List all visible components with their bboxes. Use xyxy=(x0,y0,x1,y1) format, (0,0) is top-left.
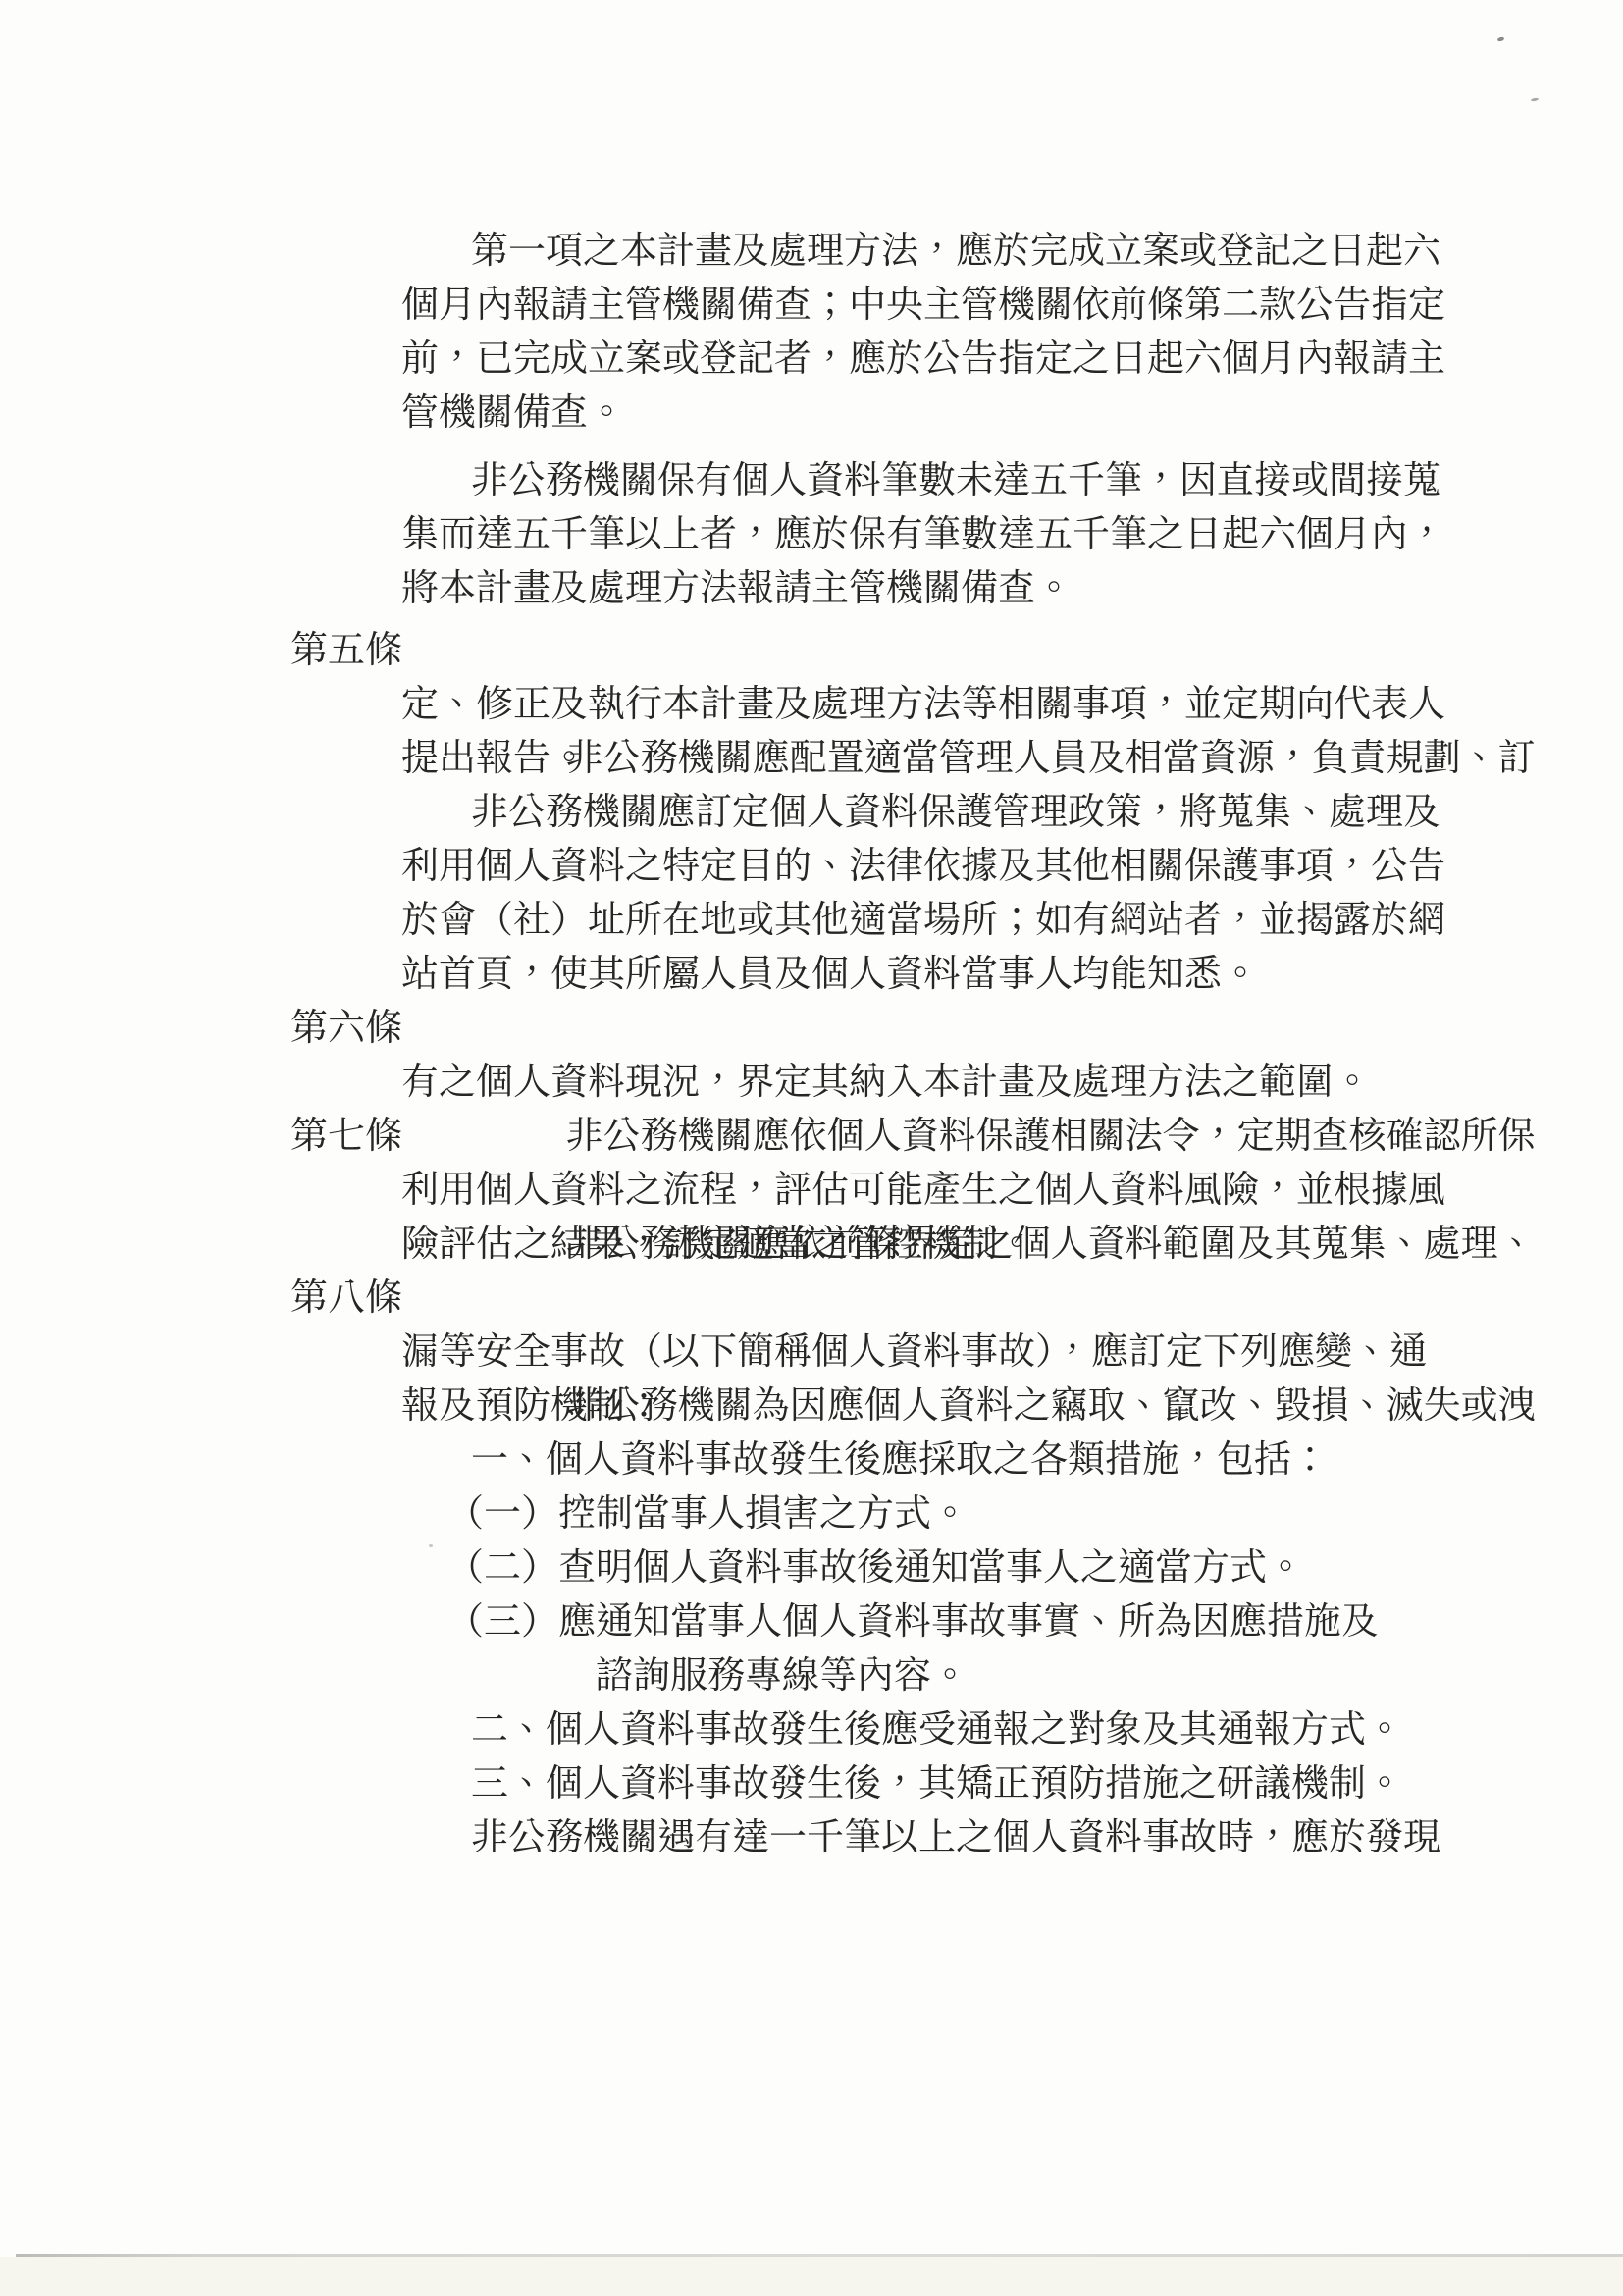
article-7: 第七條 非公務機關應依前條界定之個人資料範圍及其蒐集、處理、 利用個人資料之流程… xyxy=(0,1109,1623,1271)
list-item-1: 一、個人資料事故發生後應採取之各類措施，包括： xyxy=(0,1433,1623,1487)
article-first-line: 第五條 非公務機關應配置適當管理人員及相當資源，負責規劃、訂 xyxy=(0,623,1623,677)
list-item-line: 諮詢服務專線等內容。 xyxy=(0,1648,1623,1702)
article-number: 第六條 xyxy=(290,1001,402,1055)
list-item-line: （一）控制當事人損害之方式。 xyxy=(0,1487,1623,1540)
article-number: 第八條 xyxy=(290,1271,402,1325)
text-line: 提出報告。 xyxy=(0,731,1623,785)
text-line: 個月內報請主管機關備查；中央主管機關依前條第二款公告指定 xyxy=(0,278,1623,332)
text-line: 將本計畫及處理方法報請主管機關備查。 xyxy=(0,561,1623,615)
text-line: 漏等安全事故（以下簡稱個人資料事故），應訂定下列應變、通 xyxy=(0,1325,1623,1379)
paragraph-continuation: 第一項之本計畫及處理方法，應於完成立案或登記之日起六 個月內報請主管機關備查；中… xyxy=(0,224,1623,440)
list-subitem-1-2: （二）查明個人資料事故後通知當事人之適當方式。 xyxy=(0,1540,1623,1594)
document-body: 第一項之本計畫及處理方法，應於完成立案或登記之日起六 個月內報請主管機關備查；中… xyxy=(0,224,1623,1864)
list-subitem-1-3: （三）應通知當事人個人資料事故事實、所為因應措施及 諮詢服務專線等內容。 xyxy=(0,1594,1623,1702)
scan-page-edge-area xyxy=(0,2257,1623,2296)
scanned-document-page: 第一項之本計畫及處理方法，應於完成立案或登記之日起六 個月內報請主管機關備查；中… xyxy=(0,0,1623,2296)
article-first-line: 第六條 非公務機關應依個人資料保護相關法令，定期查核確認所保 xyxy=(0,1001,1623,1055)
paragraph-final: 非公務機關遇有達一千筆以上之個人資料事故時，應於發現 xyxy=(0,1810,1623,1864)
list-item-line: 三、個人資料事故發生後，其矯正預防措施之研議機制。 xyxy=(0,1756,1623,1810)
text-line: 報及預防機制： xyxy=(0,1379,1623,1433)
text-line: 站首頁，使其所屬人員及個人資料當事人均能知悉。 xyxy=(0,947,1623,1001)
text-line: 險評估之結果，訂定適當之管控機制。 xyxy=(0,1217,1623,1271)
text-line: 定、修正及執行本計畫及處理方法等相關事項，並定期向代表人 xyxy=(0,677,1623,731)
article-first-line: 第七條 非公務機關應依前條界定之個人資料範圍及其蒐集、處理、 xyxy=(0,1109,1623,1163)
text-line: 集而達五千筆以上者，應於保有筆數達五千筆之日起六個月內， xyxy=(0,507,1623,561)
list-item-line: 二、個人資料事故發生後應受通報之對象及其通報方式。 xyxy=(0,1702,1623,1756)
text-line: 管機關備查。 xyxy=(0,386,1623,440)
article-number: 第七條 xyxy=(290,1109,402,1163)
article-first-line: 第八條 非公務機關為因應個人資料之竊取、竄改、毀損、滅失或洩 xyxy=(0,1271,1623,1325)
text-line: 非公務機關應訂定個人資料保護管理政策，將蒐集、處理及 xyxy=(0,785,1623,839)
article-8: 第八條 非公務機關為因應個人資料之竊取、竄改、毀損、滅失或洩 漏等安全事故（以下… xyxy=(0,1271,1623,1433)
article-5: 第五條 非公務機關應配置適當管理人員及相當資源，負責規劃、訂 定、修正及執行本計… xyxy=(0,623,1623,785)
text-line: 利用個人資料之流程，評估可能產生之個人資料風險，並根據風 xyxy=(0,1163,1623,1217)
list-item-2: 二、個人資料事故發生後應受通報之對象及其通報方式。 xyxy=(0,1702,1623,1756)
list-item-line: 一、個人資料事故發生後應採取之各類措施，包括： xyxy=(0,1433,1623,1487)
list-item-line: （三）應通知當事人個人資料事故事實、所為因應措施及 xyxy=(0,1594,1623,1648)
text-line: 非公務機關保有個人資料筆數未達五千筆，因直接或間接蒐 xyxy=(0,453,1623,507)
list-item-3: 三、個人資料事故發生後，其矯正預防措施之研議機制。 xyxy=(0,1756,1623,1810)
paragraph: 非公務機關應訂定個人資料保護管理政策，將蒐集、處理及 利用個人資料之特定目的、法… xyxy=(0,785,1623,1001)
text-line: 利用個人資料之特定目的、法律依據及其他相關保護事項，公告 xyxy=(0,839,1623,893)
article-6: 第六條 非公務機關應依個人資料保護相關法令，定期查核確認所保 有之個人資料現況，… xyxy=(0,1001,1623,1109)
article-number: 第五條 xyxy=(290,623,402,677)
list-subitem-1-1: （一）控制當事人損害之方式。 xyxy=(0,1487,1623,1540)
scan-speck xyxy=(1531,97,1539,101)
list-item-line: （二）查明個人資料事故後通知當事人之適當方式。 xyxy=(0,1540,1623,1594)
scan-speck xyxy=(1497,36,1505,42)
text-line: 於會（社）址所在地或其他適當場所；如有網站者，並揭露於網 xyxy=(0,893,1623,947)
paragraph: 非公務機關保有個人資料筆數未達五千筆，因直接或間接蒐 集而達五千筆以上者，應於保… xyxy=(0,453,1623,615)
text-line: 第一項之本計畫及處理方法，應於完成立案或登記之日起六 xyxy=(0,224,1623,278)
text-line: 前，已完成立案或登記者，應於公告指定之日起六個月內報請主 xyxy=(0,332,1623,386)
text-line: 有之個人資料現況，界定其納入本計畫及處理方法之範圍。 xyxy=(0,1055,1623,1109)
text-line: 非公務機關遇有達一千筆以上之個人資料事故時，應於發現 xyxy=(0,1810,1623,1864)
